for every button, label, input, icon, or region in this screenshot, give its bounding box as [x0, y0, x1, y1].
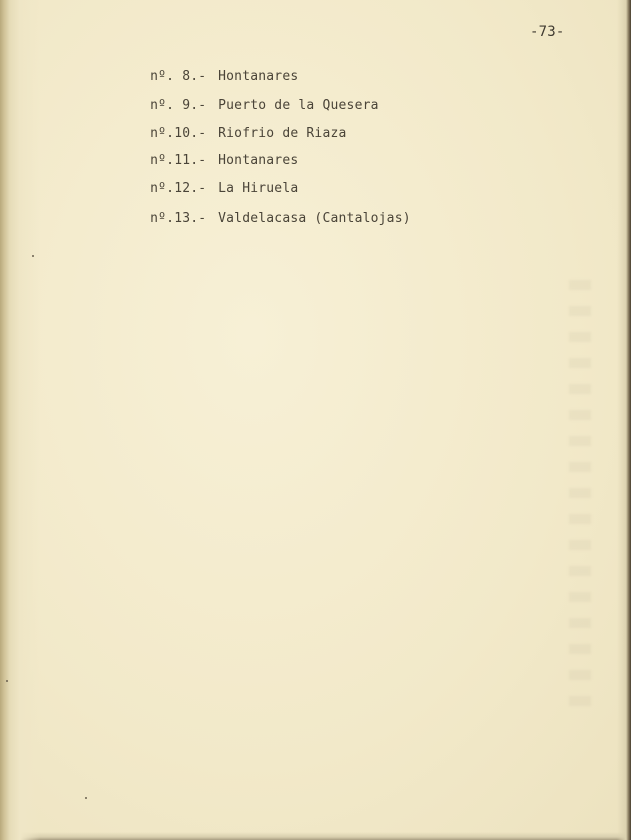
list-item: nº.13.-Valdelacasa (Cantalojas)	[118, 196, 411, 241]
entry-place: Hontanares	[218, 69, 298, 84]
paper-speck	[6, 680, 8, 682]
entry-place: Valdelacasa (Cantalojas)	[218, 211, 411, 226]
paper-speck	[32, 255, 34, 257]
entry-place: La Hiruela	[218, 181, 298, 196]
entry-number: nº.13.-	[150, 211, 218, 226]
ink-bleed-through	[569, 280, 591, 720]
entry-number: nº.12.-	[150, 181, 218, 196]
paper-speck	[85, 797, 87, 799]
page-number: -73-	[530, 24, 565, 40]
entry-number: nº. 8.-	[150, 69, 218, 84]
document-page: -73- nº. 8.-Hontanares nº. 9.-Puerto de …	[0, 0, 631, 840]
